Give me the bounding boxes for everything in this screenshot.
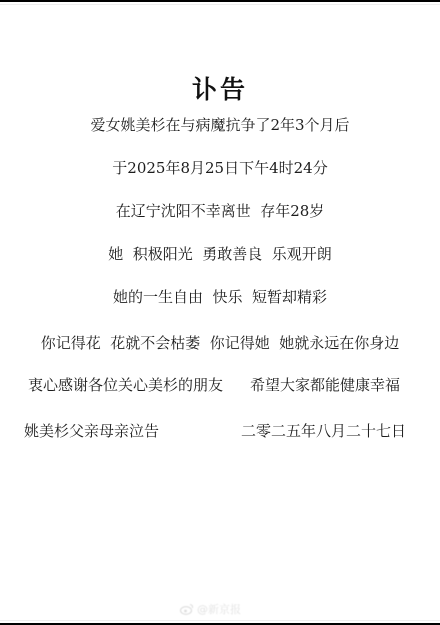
notice-line-3: 在辽宁沈阳不幸离世 存年28岁 [0, 201, 440, 221]
thanks-right: 希望大家都能健康幸福 [250, 375, 400, 395]
bottom-divider [0, 620, 440, 621]
notice-line-4: 她 积极阳光 勇敢善良 乐观开朗 [0, 244, 440, 264]
watermark: @新京报 [180, 601, 241, 617]
obituary-notice: 讣告 爱女姚美杉在与病魔抗争了2年3个月后 于2025年8月25日下午4时24分… [0, 0, 440, 625]
signature-line: 姚美杉父亲母亲泣告 二零二五年八月二十七日 [0, 421, 440, 441]
notice-line-1: 爱女姚美杉在与病魔抗争了2年3个月后 [0, 115, 440, 135]
thanks-line: 衷心感谢各位关心美杉的朋友 希望大家都能健康幸福 [0, 375, 440, 395]
thanks-left: 衷心感谢各位关心美杉的朋友 [28, 375, 223, 395]
notice-line-5: 她的一生自由 快乐 短暂却精彩 [0, 287, 440, 307]
watermark-text: @新京报 [197, 601, 241, 617]
signature-from: 姚美杉父亲母亲泣告 [24, 421, 159, 441]
weibo-logo-icon [180, 603, 194, 615]
notice-line-6: 你记得花 花就不会枯萎 你记得她 她就永远在你身边 [0, 333, 440, 353]
notice-title: 讣告 [0, 70, 440, 106]
signature-date: 二零二五年八月二十七日 [241, 421, 406, 441]
notice-line-2: 于2025年8月25日下午4时24分 [0, 158, 440, 178]
